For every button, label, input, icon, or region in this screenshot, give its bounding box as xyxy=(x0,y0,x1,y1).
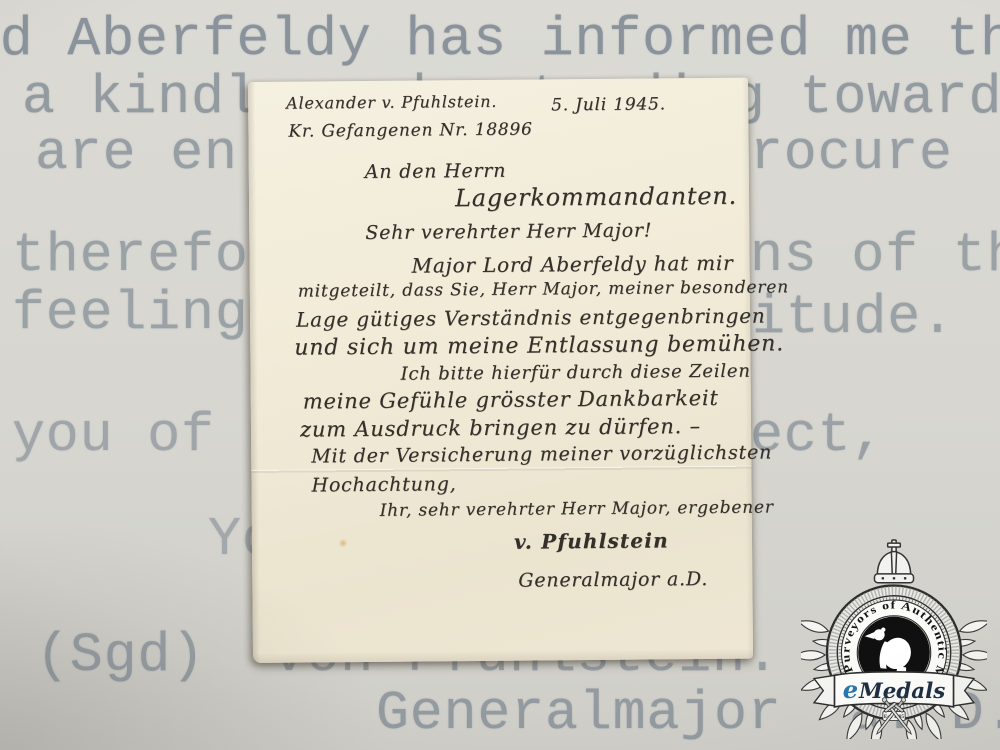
letter-body-7: zum Ausdruck bringen zu dürfen. – xyxy=(300,415,701,441)
letter-prisoner-number: Kr. Gefangenen Nr. 18896 xyxy=(288,122,532,142)
letter-body-3: Lage gütiges Verständnis entgegenbringen xyxy=(296,305,766,330)
letter-salutation: Sehr verehrter Herr Major! xyxy=(365,221,652,243)
typed-line-feelings: feelings xyxy=(12,286,282,341)
letter-closing-2: Hochachtung, xyxy=(311,475,456,496)
letter-body-5: Ich bitte hierfür durch diese Zeilen xyxy=(400,363,750,385)
letter-body-1: Major Lord Aberfeldy hat mir xyxy=(412,253,734,277)
letter-body-2: mitgeteilt, dass Sie, Herr Major, meiner… xyxy=(298,279,789,301)
letter-body-4: und sich um meine Entlassung bemühen. xyxy=(294,332,784,359)
typed-line-aberfeldy: rd Aberfeldy has informed me th xyxy=(0,12,1000,67)
typed-line-therefore: therefor xyxy=(12,228,282,283)
emedals-badge: Purveyors of Authentic Militaria xyxy=(801,539,987,739)
brand-e: e xyxy=(843,675,858,704)
typed-line-ns-of-th: ns of th xyxy=(750,228,1000,283)
letter-closing-1: Mit der Versicherung meiner vorzüglichst… xyxy=(311,443,772,467)
letter-date: 5. Juli 1945. xyxy=(551,96,666,115)
handwritten-letter: Alexander v. Pfuhlstein.5. Juli 1945.Kr.… xyxy=(248,78,753,663)
typed-line-you-of: you of xyxy=(12,408,215,463)
letter-addressee-1: An den Herrn xyxy=(365,162,507,183)
emedals-logo-watermark: Purveyors of Authentic Militaria xyxy=(801,539,987,739)
typed-line-are-en: are en xyxy=(35,126,238,181)
scanned-document-photo: rd Aberfeldy has informed me tha kindly … xyxy=(0,0,1000,750)
letter-closing-3: Ihr, sehr verehrter Herr Major, ergebene… xyxy=(380,499,774,520)
letter-sender-name: Alexander v. Pfuhlstein. xyxy=(286,94,497,113)
letter-signature: v. Pfuhlstein xyxy=(514,530,669,552)
brand-text: eMedals xyxy=(843,675,946,704)
paper-stain xyxy=(338,539,348,547)
letter-signature-rank: Generalmajor a.D. xyxy=(518,570,708,592)
typed-line-procure: rocure m xyxy=(750,126,1000,181)
letter-body-6: meine Gefühle grösster Dankbarkeit xyxy=(303,387,719,413)
letter-addressee-2: Lagerkommandanten. xyxy=(455,184,737,212)
crown-icon xyxy=(874,540,913,583)
brand-ribbon: eMedals xyxy=(814,672,974,707)
